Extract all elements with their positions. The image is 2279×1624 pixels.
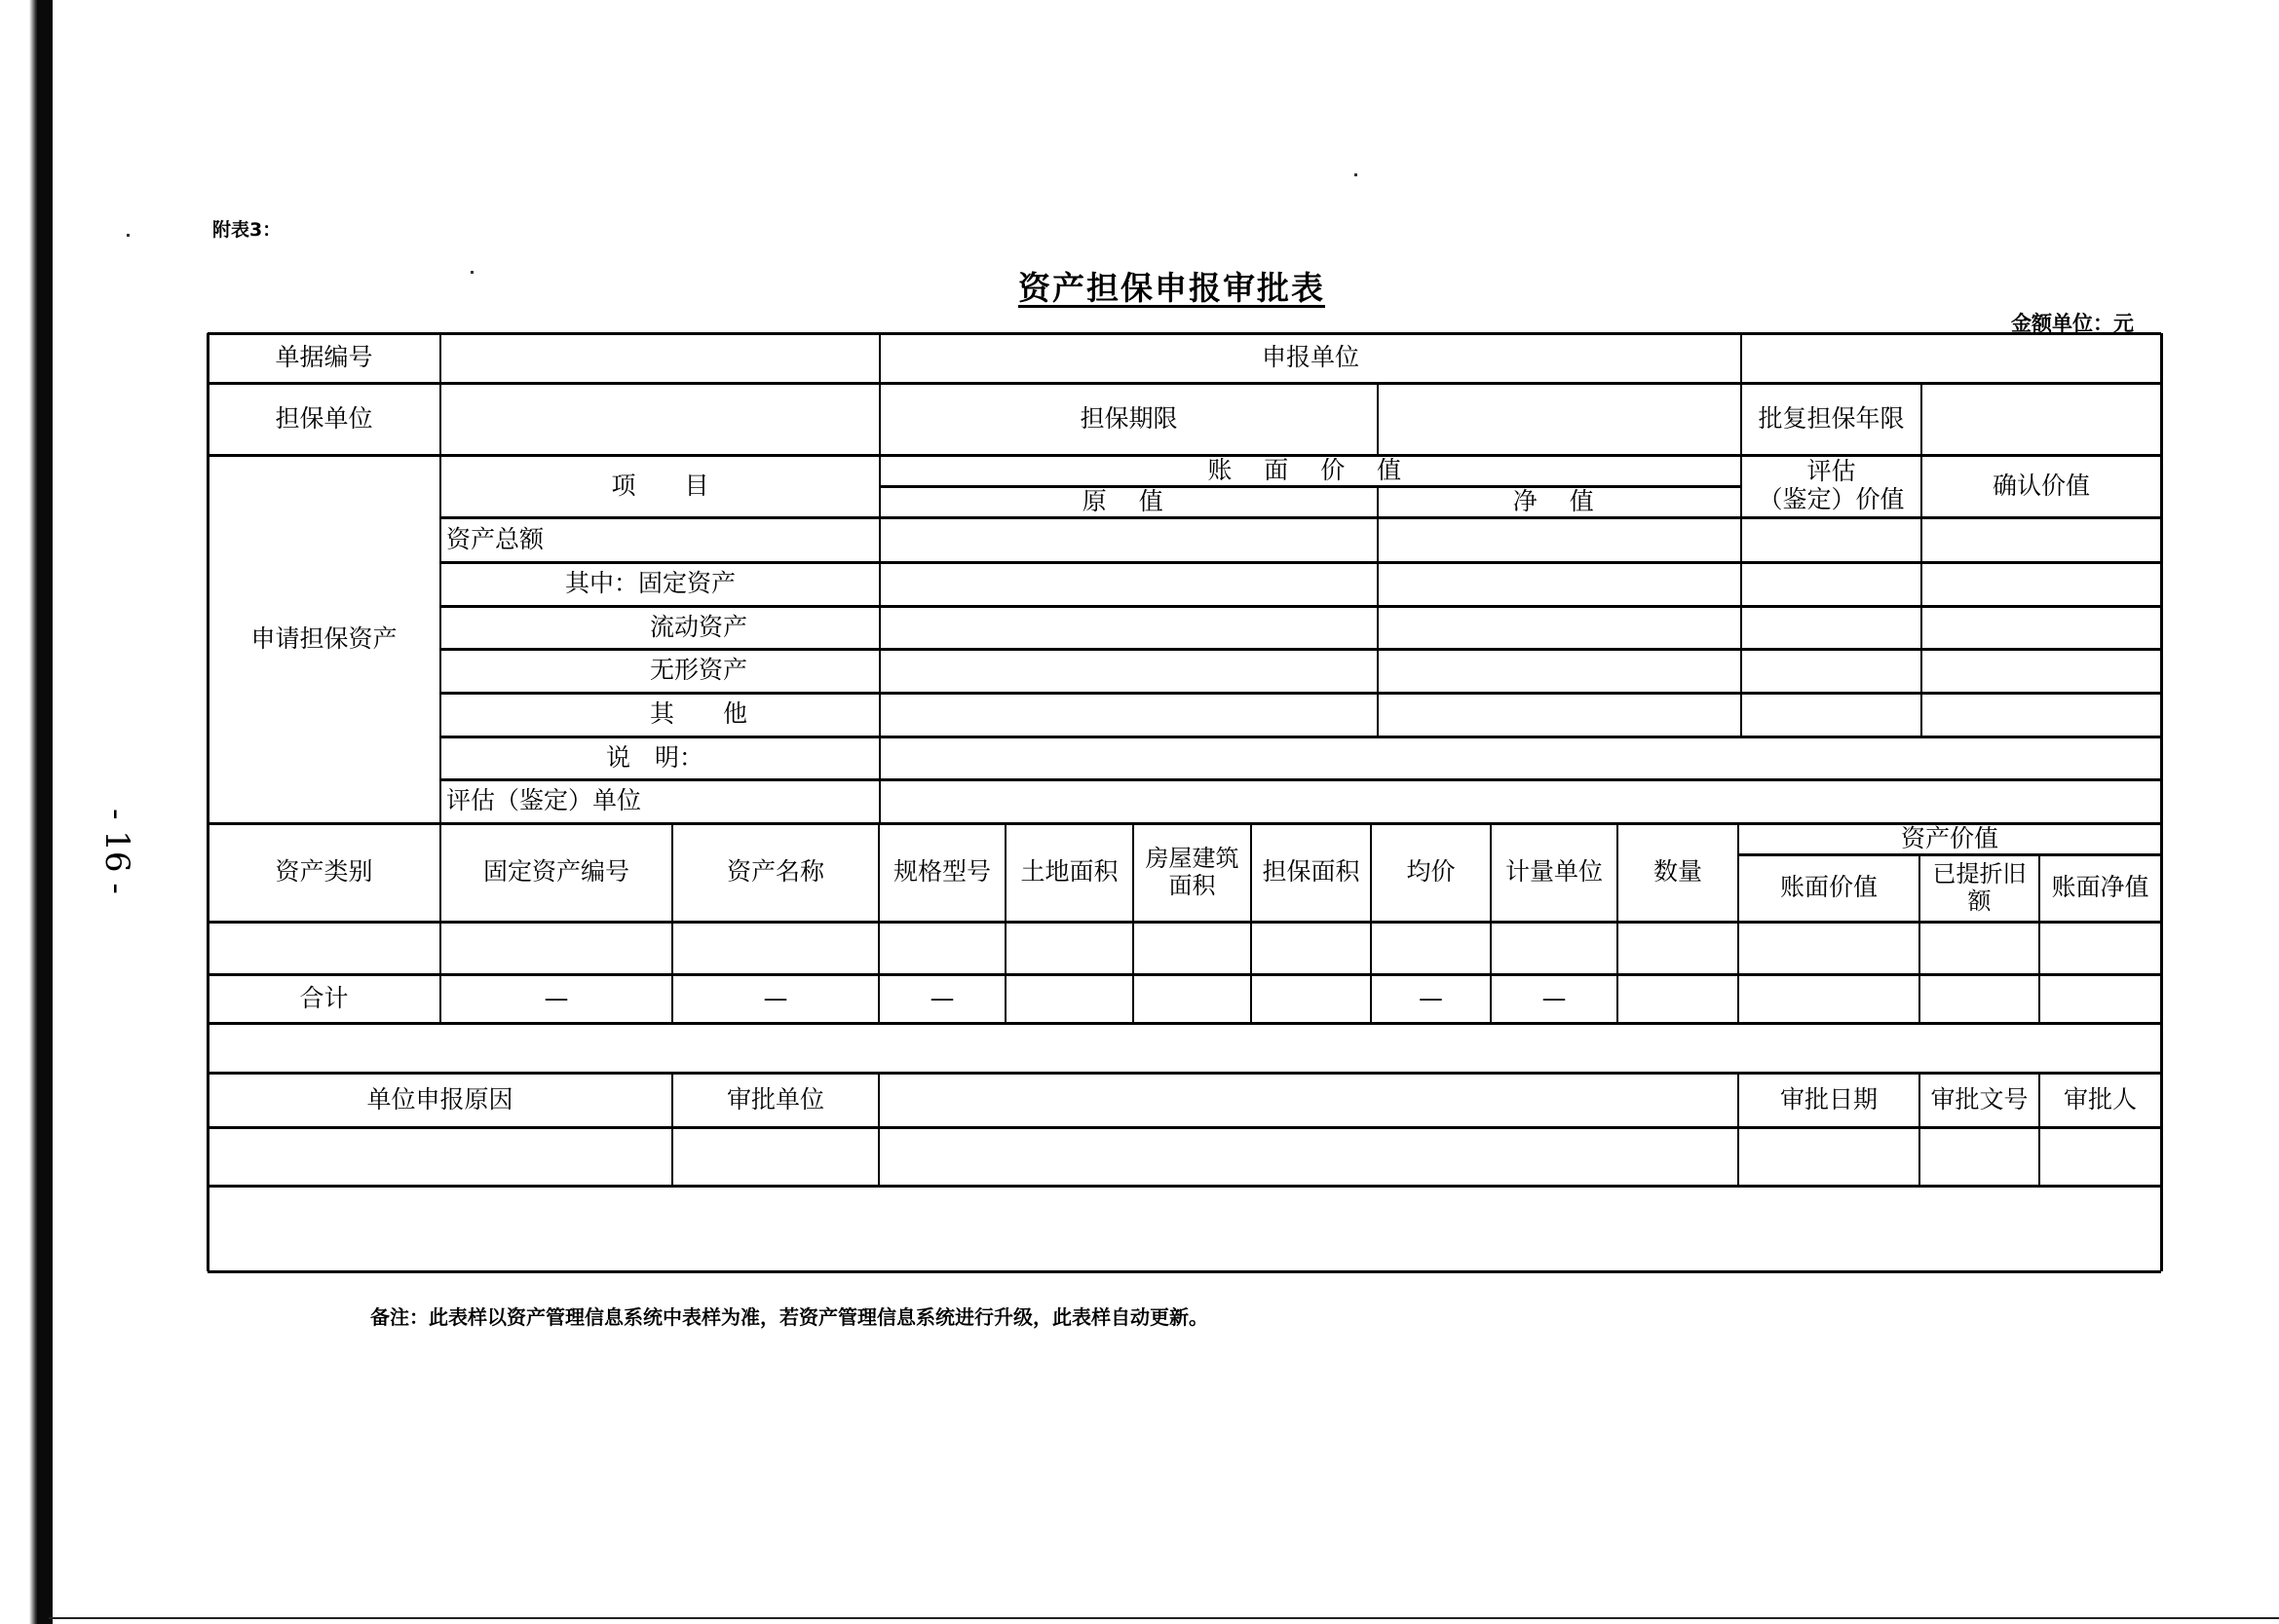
cell-fixed-asset-no[interactable] [440, 922, 672, 974]
cell-building-area[interactable] [1133, 922, 1251, 974]
column-header-accumulated-depreciation: 已提折旧 额 [1919, 854, 2039, 922]
guarantor-label: 担保单位 [208, 383, 440, 455]
asset-value-group-header: 资产价值 [1738, 823, 2161, 854]
asset-row-label: 资产总额 [440, 517, 880, 562]
scan-bottom-edge [49, 1617, 2279, 1619]
column-header-land-area: 土地面积 [1006, 823, 1133, 922]
column-header-fixed-asset-no: 固定资产编号 [440, 823, 672, 922]
cell-net-book-value[interactable] [2039, 974, 2161, 1023]
asset-row-label: 其 他 [440, 693, 880, 736]
cell-quantity[interactable] [1617, 922, 1738, 974]
cell-fixed-asset-no: — [440, 974, 672, 1023]
net-value-field[interactable] [1378, 693, 1741, 736]
column-header-quantity: 数量 [1617, 823, 1738, 922]
appraised-value-field[interactable] [1741, 649, 1921, 693]
approval-opinion-field[interactable] [879, 1127, 1738, 1186]
remarks-field[interactable] [208, 1186, 2161, 1271]
cell-avg-price: — [1371, 974, 1491, 1023]
confirmed-value-field[interactable] [1921, 562, 2161, 606]
asset-row-label: 无形资产 [440, 649, 880, 693]
cell-asset-name: — [672, 974, 879, 1023]
footnote: 备注：此表样以资产管理信息系统中表样为准，若资产管理信息系统进行升级，此表样自动… [370, 1302, 1208, 1330]
appraised-value-field[interactable] [1741, 606, 1921, 649]
column-header-unit-of-measure: 计量单位 [1491, 823, 1617, 922]
approver-field[interactable] [2039, 1127, 2161, 1186]
doc-number-field[interactable] [440, 333, 880, 383]
asset-row-label: 流动资产 [440, 606, 880, 649]
guarantee-assets-group-label: 申请担保资产 [208, 455, 440, 823]
appraised-value-field[interactable] [1741, 562, 1921, 606]
column-header-net-book-value: 账面净值 [2039, 854, 2161, 922]
guarantee-term-field[interactable] [1378, 383, 1741, 455]
scan-binding-edge [37, 0, 53, 1624]
approver-unit-label: 审批单位 [672, 1073, 879, 1127]
appraised-value-header: 评估 （鉴定）价值 [1741, 455, 1921, 517]
appraised-value-field[interactable] [1741, 693, 1921, 736]
appraiser-field[interactable] [880, 779, 2161, 823]
scan-speck [471, 271, 474, 274]
net-value-field[interactable] [1378, 606, 1741, 649]
cell-avg-price[interactable] [1371, 922, 1491, 974]
confirmed-value-field[interactable] [1921, 517, 2161, 562]
doc-number-label: 单据编号 [208, 333, 440, 383]
column-header-asset-name: 资产名称 [672, 823, 879, 922]
asset-row-label: 其中：固定资产 [440, 562, 880, 606]
original-value-field[interactable] [880, 693, 1378, 736]
cell-land-area[interactable] [1006, 922, 1133, 974]
approved-years-label: 批复担保年限 [1741, 383, 1921, 455]
cell-quantity[interactable] [1617, 974, 1738, 1023]
approver-unit-field[interactable] [672, 1127, 879, 1186]
cell-unit-of-measure: — [1491, 974, 1617, 1023]
approver-label: 审批人 [2039, 1073, 2161, 1127]
cell-accumulated-depreciation[interactable] [1919, 974, 2039, 1023]
guarantor-field[interactable] [440, 383, 880, 455]
confirmed-value-field[interactable] [1921, 606, 2161, 649]
net-value-field[interactable] [1378, 562, 1741, 606]
cell-guarantee-area[interactable] [1251, 974, 1371, 1023]
original-value-field[interactable] [880, 517, 1378, 562]
cell-asset-name[interactable] [672, 922, 879, 974]
report-reason-label: 单位申报原因 [208, 1073, 672, 1127]
original-value-field[interactable] [880, 562, 1378, 606]
cell-accumulated-depreciation[interactable] [1919, 922, 2039, 974]
cell-spec-model[interactable] [879, 922, 1006, 974]
approved-years-field[interactable] [1921, 383, 2161, 455]
approval-doc-no-label: 审批文号 [1919, 1073, 2039, 1127]
item-header: 项 目 [440, 455, 880, 517]
column-header-avg-price: 均价 [1371, 823, 1491, 922]
cell-unit-of-measure[interactable] [1491, 922, 1617, 974]
confirmed-value-field[interactable] [1921, 693, 2161, 736]
confirmed-value-field[interactable] [1921, 649, 2161, 693]
column-header-guarantee-area: 担保面积 [1251, 823, 1371, 922]
explanation-label: 说 明： [440, 736, 880, 779]
cell-building-area[interactable] [1133, 974, 1251, 1023]
approval-doc-no-field[interactable] [1919, 1127, 2039, 1186]
appraised-value-field[interactable] [1741, 517, 1921, 562]
cell-net-book-value[interactable] [2039, 922, 2161, 974]
column-header-asset-category: 资产类别 [208, 823, 440, 922]
cell-land-area[interactable] [1006, 974, 1133, 1023]
net-value-field[interactable] [1378, 649, 1741, 693]
guarantee-term-label: 担保期限 [880, 383, 1378, 455]
original-value-header: 原 值 [880, 486, 1378, 517]
applicant-unit-field[interactable] [1741, 333, 2161, 383]
column-header-building-area: 房屋建筑 面积 [1133, 823, 1251, 922]
appraiser-label: 评估（鉴定）单位 [440, 779, 880, 823]
approval-blank-header [879, 1073, 1738, 1127]
page-number: - 16 - [97, 809, 136, 894]
appraised-header-line2: （鉴定）价值 [1758, 486, 1904, 514]
confirmed-value-header: 确认价值 [1921, 455, 2161, 517]
original-value-field[interactable] [880, 606, 1378, 649]
original-value-field[interactable] [880, 649, 1378, 693]
column-header-book-value: 账面价值 [1738, 854, 1919, 922]
annex-label: 附表3： [212, 215, 281, 242]
blank-separator-row[interactable] [208, 1023, 2161, 1073]
appraised-header-line1: 评估 [1806, 458, 1855, 486]
net-value-field[interactable] [1378, 517, 1741, 562]
column-header-spec-model: 规格型号 [879, 823, 1006, 922]
approval-date-field[interactable] [1738, 1127, 1919, 1186]
book-value-header: 账 面 价 值 [880, 455, 1741, 486]
cell-book-value[interactable] [1738, 974, 1919, 1023]
applicant-unit-label: 申报单位 [880, 333, 1741, 383]
scan-speck [127, 234, 130, 237]
form-title: 资产担保申报审批表 [1018, 263, 1325, 309]
cell-guarantee-area[interactable] [1251, 922, 1371, 974]
approval-date-label: 审批日期 [1738, 1073, 1919, 1127]
cell-spec-model: — [879, 974, 1006, 1023]
total-label: 合计 [208, 974, 440, 1023]
net-value-header: 净 值 [1378, 486, 1741, 517]
scan-speck [1354, 173, 1357, 176]
explanation-field[interactable] [880, 736, 2161, 779]
cell-asset-category[interactable] [208, 922, 440, 974]
report-reason-field[interactable] [208, 1127, 672, 1186]
cell-book-value[interactable] [1738, 922, 1919, 974]
